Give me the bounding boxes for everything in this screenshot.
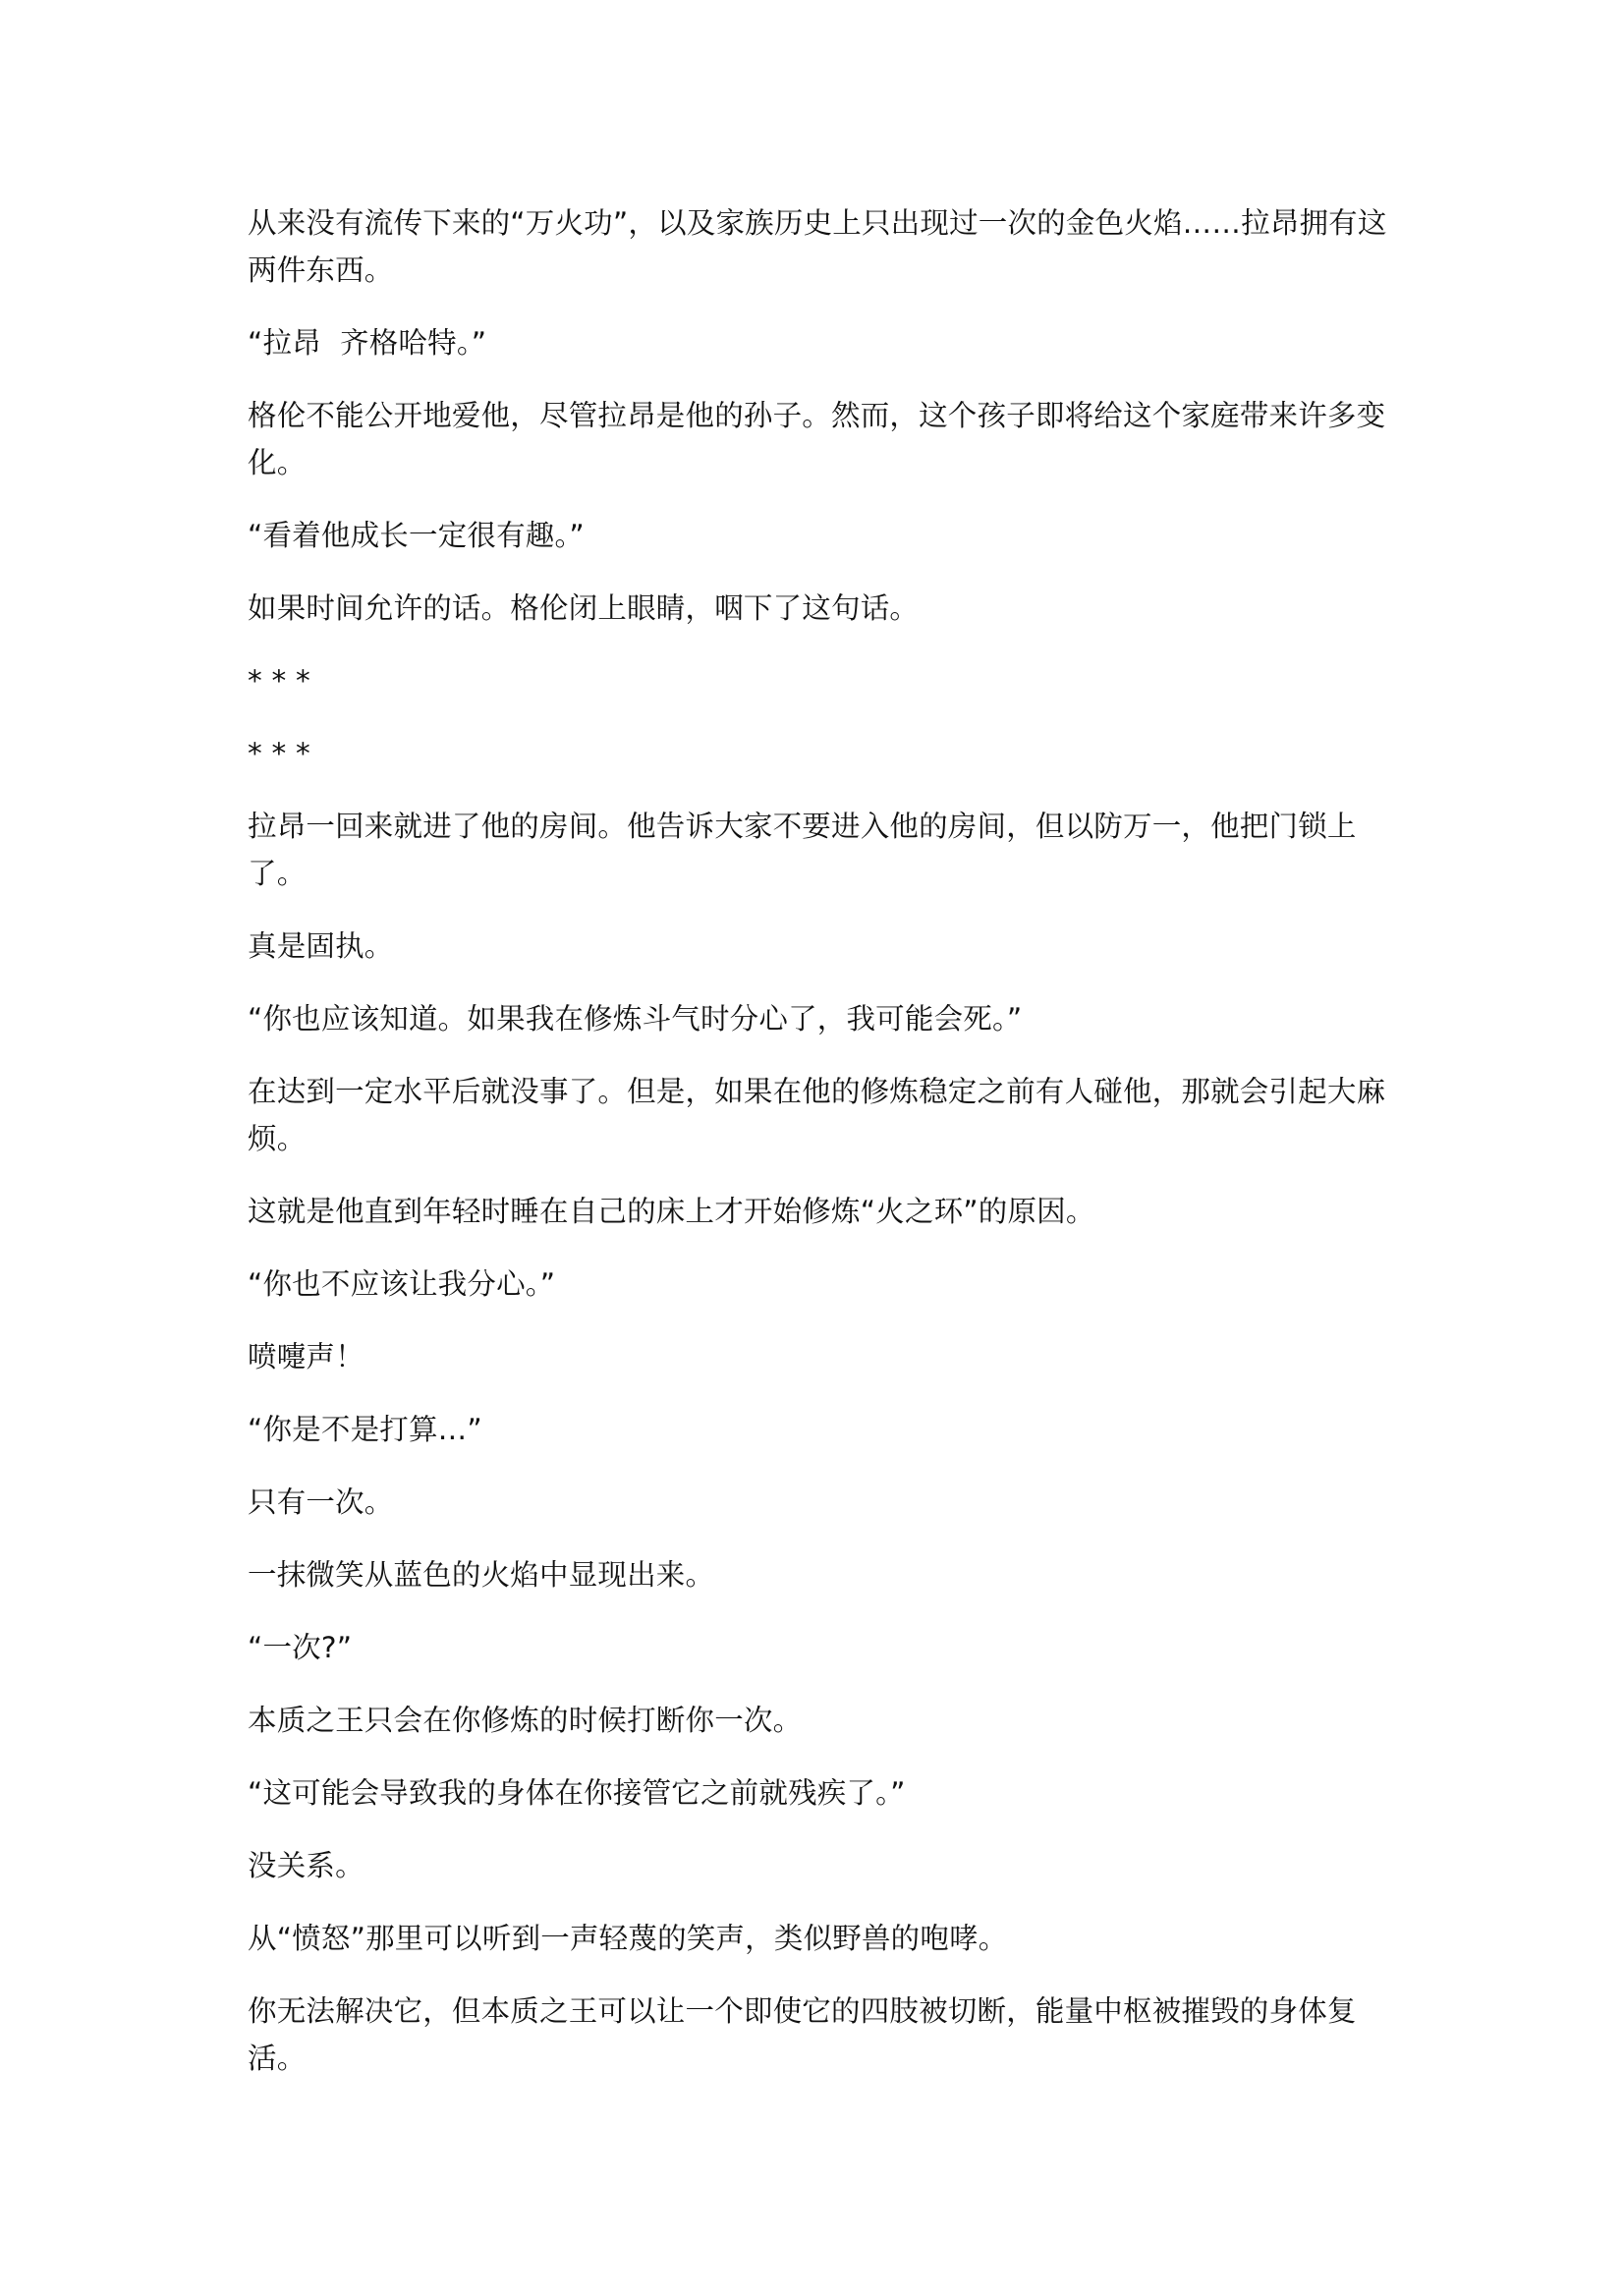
document-page: 从来没有流传下来的“万火功”，以及家族历史上只出现过一次的金色火焰……拉昂拥有这… — [248, 199, 1395, 2107]
paragraph: 如果时间允许的话。格伦闭上眼睛，咽下了这句话。 — [248, 585, 1395, 632]
paragraph: 在达到一定水平后就没事了。但是，如果在他的修炼稳定之前有人碰他，那就会引起大麻烦… — [248, 1068, 1395, 1162]
paragraph: 一抹微笑从蓝色的火焰中显现出来。 — [248, 1551, 1395, 1598]
paragraph: 喷嚏声！ — [248, 1333, 1395, 1380]
paragraph: 你无法解决它，但本质之王可以让一个即使它的四肢被切断，能量中枢被摧毁的身体复活。 — [248, 1988, 1395, 2082]
paragraph: 从来没有流传下来的“万火功”，以及家族历史上只出现过一次的金色火焰……拉昂拥有这… — [248, 199, 1395, 294]
paragraph: 拉昂一回来就进了他的房间。他告诉大家不要进入他的房间，但以防万一，他把门锁上了。 — [248, 803, 1395, 897]
paragraph: 真是固执。 — [248, 923, 1395, 970]
paragraph: 只有一次。 — [248, 1479, 1395, 1526]
paragraph: 格伦不能公开地爱他，尽管拉昂是他的孙子。然而，这个孩子即将给这个家庭带来许多变化… — [248, 392, 1395, 486]
paragraph: “这可能会导致我的身体在你接管它之前就残疾了。” — [248, 1769, 1395, 1817]
paragraph: 没关系。 — [248, 1842, 1395, 1889]
paragraph: 本质之王只会在你修炼的时候打断你一次。 — [248, 1697, 1395, 1744]
scene-break: * * * — [248, 730, 1395, 777]
paragraph: “你是不是打算…” — [248, 1406, 1395, 1453]
paragraph: “一次?” — [248, 1624, 1395, 1671]
paragraph: “你也应该知道。如果我在修炼斗气时分心了，我可能会死。” — [248, 995, 1395, 1042]
paragraph: 从“愤怒”那里可以听到一声轻蔑的笑声，类似野兽的咆哮。 — [248, 1915, 1395, 1962]
paragraph: “拉昂 齐格哈特。” — [248, 319, 1395, 366]
paragraph: “看着他成长一定很有趣。” — [248, 512, 1395, 559]
scene-break: * * * — [248, 657, 1395, 704]
paragraph: “你也不应该让我分心。” — [248, 1260, 1395, 1308]
paragraph: 这就是他直到年轻时睡在自己的床上才开始修炼“火之环”的原因。 — [248, 1188, 1395, 1235]
